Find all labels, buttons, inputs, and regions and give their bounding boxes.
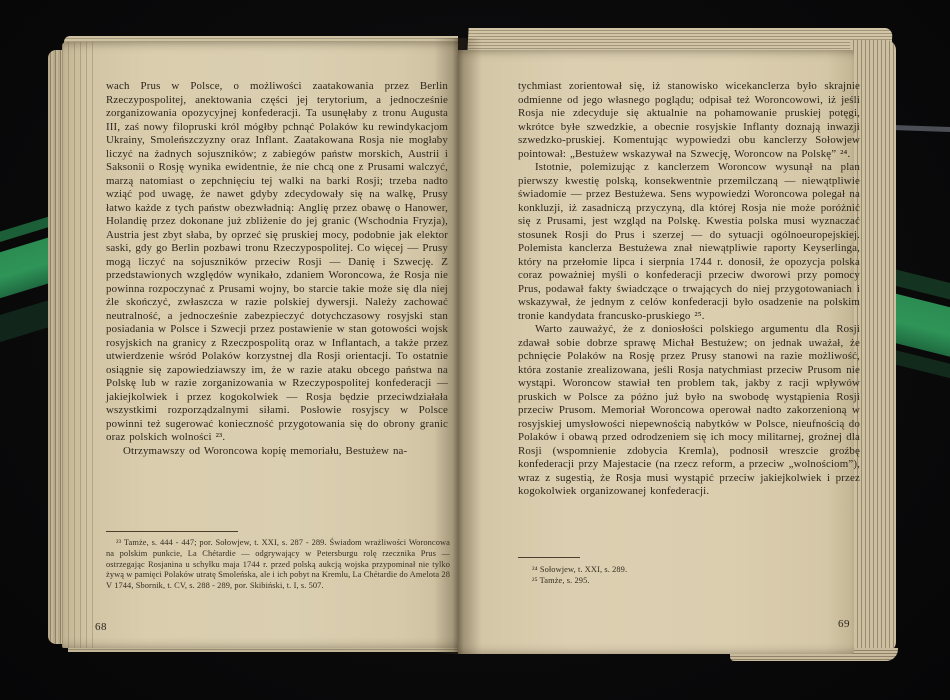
footnote-divider [106,531,238,532]
paragraph: Istotnie, polemizując z kanclerzem Woron… [518,161,860,323]
book-page-left: wach Prus w Polsce, o możliwości zaatako… [62,42,458,648]
paragraph: Warto zauważyć, że z doniosłości polskie… [518,323,860,499]
paragraph: wach Prus w Polsce, o możliwości zaatako… [106,80,448,445]
page-number-right: 69 [838,618,850,630]
footnote-block: ²⁴ Sołowjew, t. XXI, s. 289. ²⁵ Tamże, s… [532,565,842,587]
footnote-block: ²³ Tamże, s. 444 - 447; por. Sołowjew, t… [106,538,450,592]
paragraph: Otrzymawszy od Woroncowa kopię memoriału… [106,445,448,459]
page-curl-lines [62,42,98,648]
book-page-right: tychmiast zorientował się, iż stanowisko… [458,50,854,654]
page-edge-stack-top-right [467,28,892,52]
footnote-divider [518,557,580,558]
footnote: ²³ Tamże, s. 444 - 447; por. Sołowjew, t… [106,538,450,592]
page-right-text-column: tychmiast zorientował się, iż stanowisko… [518,80,860,499]
footnote: ²⁵ Tamże, s. 295. [532,576,842,587]
page-left-text-column: wach Prus w Polsce, o możliwości zaatako… [106,80,448,458]
page-number-left: 68 [95,621,107,633]
paragraph: tychmiast zorientował się, iż stanowisko… [518,80,860,161]
footnote: ²⁴ Sołowjew, t. XXI, s. 289. [532,565,842,576]
photo-background: wach Prus w Polsce, o możliwości zaatako… [0,0,950,700]
